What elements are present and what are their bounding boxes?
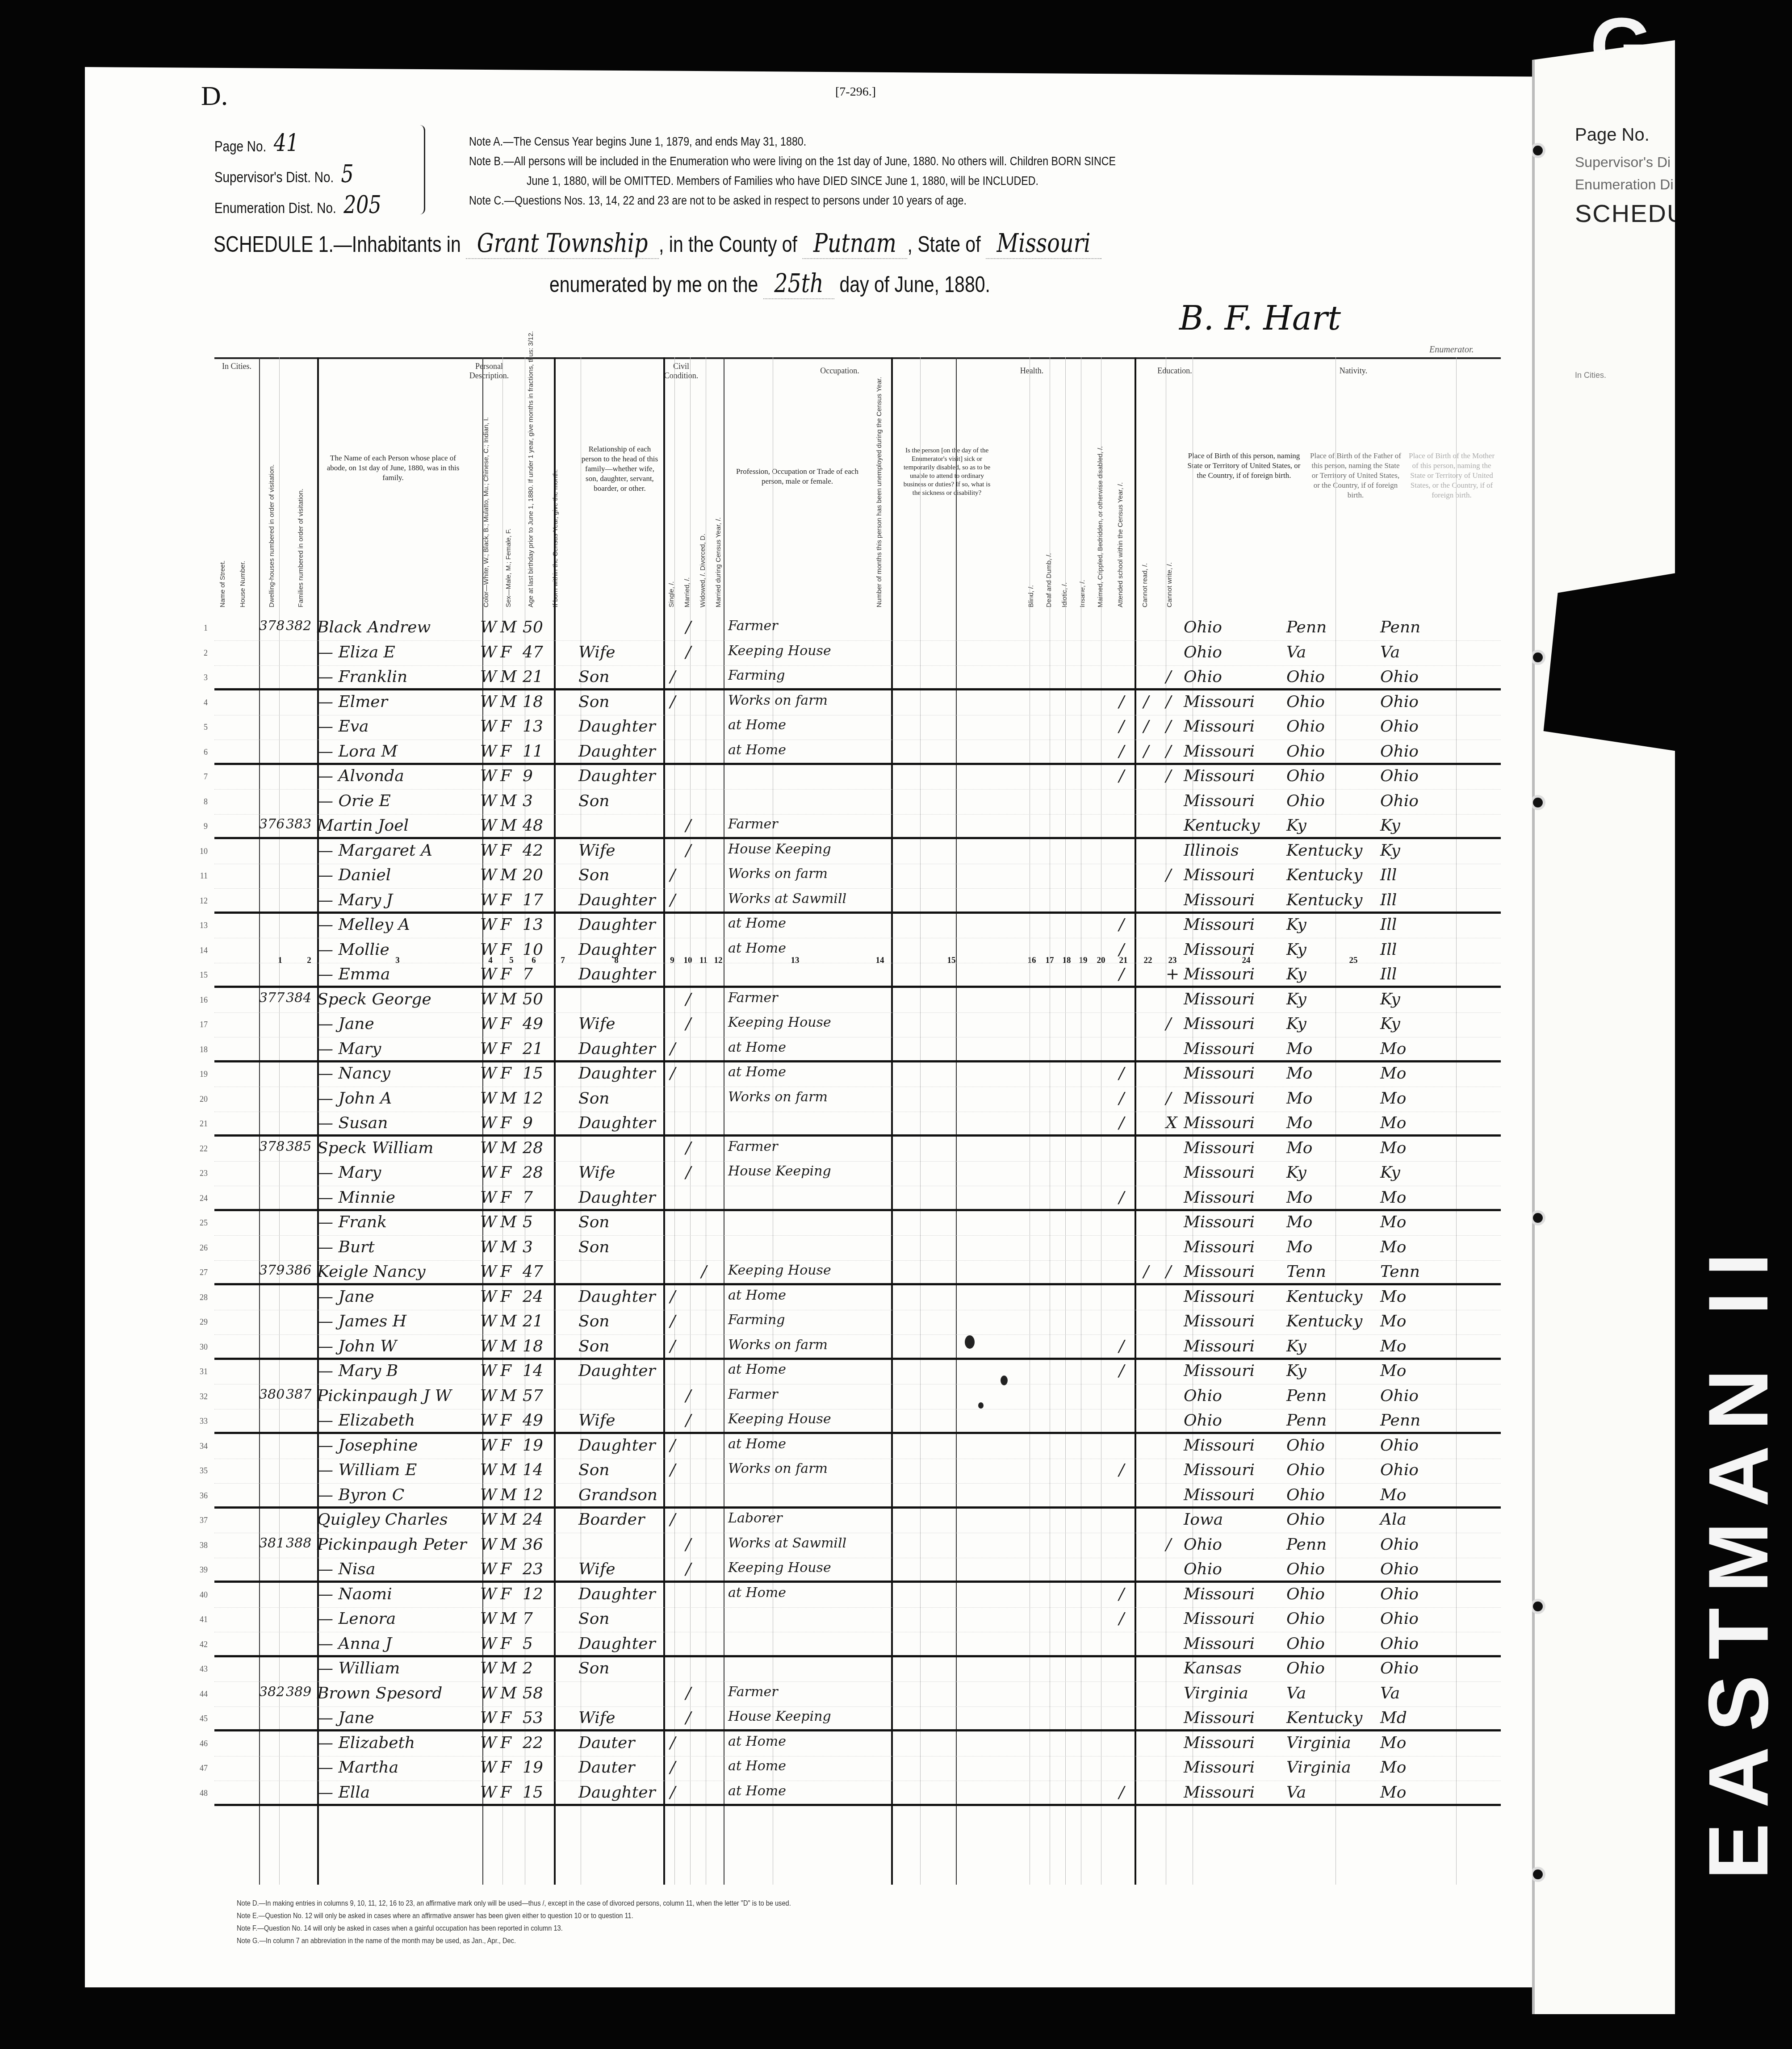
mother-birthplace-cell: Mo — [1380, 1288, 1407, 1306]
line-number: 2 — [190, 648, 208, 658]
school-mark: / — [1119, 965, 1124, 983]
sex-cell: M — [500, 1238, 517, 1256]
birthplace-cell: Missouri — [1184, 941, 1255, 959]
line-number: 47 — [190, 1764, 208, 1773]
sex-cell: M — [500, 1486, 517, 1504]
sex-cell: M — [500, 1535, 517, 1554]
relationship-cell: Daughter — [578, 891, 656, 909]
relationship-cell: Daughter — [578, 941, 656, 959]
color-cell: W — [480, 1238, 497, 1256]
person-name: Speck William — [317, 1139, 433, 1157]
line-number: 3 — [190, 673, 208, 682]
family-number: 385 — [286, 1139, 311, 1154]
mother-birthplace-cell: Ohio — [1380, 1560, 1419, 1578]
mother-birthplace-cell: Mo — [1380, 1758, 1407, 1777]
relationship-cell: Wife — [578, 1163, 615, 1182]
single-mark: / — [670, 1510, 675, 1529]
occupation-cell: House Keeping — [728, 1163, 831, 1179]
note-d: Note D.—In making entries in columns 9, … — [237, 1897, 1159, 1910]
mother-birthplace-cell: Mo — [1380, 1362, 1407, 1380]
cannot-write-mark: / — [1166, 693, 1171, 711]
sex-cell: F — [500, 767, 511, 785]
person-name: — Mary — [317, 1163, 381, 1182]
age-cell: 18 — [523, 1337, 543, 1355]
enumerator-label: Enumerator. — [1429, 345, 1474, 355]
township: Grant Township — [466, 228, 659, 259]
school-mark: / — [1119, 1337, 1124, 1355]
sex-cell: F — [500, 717, 511, 736]
microfilm-frame: G EASTMAN II Page No. Supervisor's Di En… — [0, 0, 1792, 2049]
age-cell: 21 — [523, 1040, 543, 1058]
table-row: 20— John AWM12SonWorks on farm//Missouri… — [214, 1087, 1501, 1112]
hdr-unemployed: Number of months this person has been un… — [875, 384, 883, 607]
father-birthplace-cell: Ohio — [1286, 1560, 1325, 1578]
father-birthplace-cell: Kentucky — [1286, 891, 1362, 909]
birthplace-cell: Missouri — [1184, 1734, 1255, 1752]
enumeration-date: enumerated by me on the 25th day of June… — [549, 268, 990, 298]
color-cell: W — [480, 841, 497, 860]
relationship-cell: Daughter — [578, 717, 656, 736]
birthplace-cell: Ohio — [1184, 1560, 1222, 1578]
color-cell: W — [480, 1610, 497, 1628]
birthplace-cell: Missouri — [1184, 1362, 1255, 1380]
line-number: 45 — [190, 1714, 208, 1723]
relationship-cell: Wife — [578, 1015, 615, 1033]
color-cell: W — [480, 1213, 497, 1231]
sex-cell: F — [500, 1114, 511, 1132]
sex-cell: M — [500, 866, 517, 884]
sex-cell: F — [500, 1188, 511, 1207]
person-name: Keigle Nancy — [317, 1263, 426, 1281]
table-row: 37Quigley CharlesWM24Boarder/LaborerIowa… — [214, 1509, 1501, 1533]
age-cell: 7 — [523, 965, 533, 983]
hdr-father-birthplace: Place of Birth of the Father of this per… — [1309, 451, 1403, 500]
color-cell: W — [480, 1659, 497, 1677]
birthplace-cell: Missouri — [1184, 1337, 1255, 1355]
person-name: — Burt — [317, 1238, 375, 1256]
person-name: — James H — [317, 1312, 406, 1330]
person-name: — Eliza E — [317, 643, 395, 661]
color-cell: W — [480, 1709, 497, 1727]
age-cell: 19 — [523, 1758, 543, 1777]
person-name: Pickinpaugh J W — [317, 1387, 452, 1405]
sex-cell: F — [500, 643, 511, 661]
birthplace-cell: Missouri — [1184, 1709, 1255, 1727]
father-birthplace-cell: Kentucky — [1286, 1312, 1362, 1330]
birthplace-cell: Missouri — [1184, 767, 1255, 785]
father-birthplace-cell: Ohio — [1286, 668, 1325, 686]
ink-blot — [1001, 1376, 1008, 1385]
table-row: 15— EmmaWF7Daughter/+MissouriKyIll — [214, 963, 1501, 988]
table-row: 25— FrankWM5SonMissouriMoMo — [214, 1211, 1501, 1236]
relationship-cell: Daughter — [578, 1436, 656, 1455]
birthplace-cell: Missouri — [1184, 1015, 1255, 1033]
table-row: 6— Lora MWF11Daughterat Home///MissouriO… — [214, 740, 1501, 765]
birthplace-cell: Missouri — [1184, 866, 1255, 884]
color-cell: W — [480, 767, 497, 785]
cannot-write-mark: / — [1166, 742, 1171, 761]
sex-cell: M — [500, 1387, 517, 1405]
sex-cell: F — [500, 841, 511, 860]
birthplace-cell: Kentucky — [1184, 816, 1260, 835]
father-birthplace-cell: Penn — [1286, 1535, 1327, 1554]
occupation-cell: Works on farm — [728, 1461, 828, 1476]
age-cell: 12 — [523, 1585, 543, 1603]
sex-cell: F — [500, 1163, 511, 1182]
color-cell: W — [480, 1635, 497, 1653]
cannot-read-mark: / — [1143, 1263, 1149, 1281]
mother-birthplace-cell: Mo — [1380, 1040, 1407, 1058]
color-cell: W — [480, 668, 497, 686]
header-notes: Note A.—The Census Year begins June 1, 1… — [469, 132, 1391, 210]
school-mark: / — [1119, 1114, 1124, 1132]
line-number: 15 — [190, 970, 208, 980]
table-row: 33— ElizabethWF49Wife/Keeping HouseOhioP… — [214, 1409, 1501, 1434]
dwelling-number: 380 — [259, 1387, 285, 1402]
married-mark: / — [686, 1163, 691, 1182]
hdr-name: The Name of each Person whose place of a… — [326, 453, 460, 483]
relationship-cell: Daughter — [578, 1288, 656, 1306]
relationship-cell: Son — [578, 1238, 610, 1256]
cannot-write-mark: / — [1166, 1015, 1171, 1033]
table-row: 11— DanielWM20Son/Works on farm/Missouri… — [214, 864, 1501, 889]
relationship-cell: Dauter — [578, 1758, 635, 1777]
sex-cell: F — [500, 1288, 511, 1306]
hdr-sex: Sex—Male, M.; Female, F. — [505, 384, 512, 607]
note-e: Note E.—Question No. 12 will only be ask… — [237, 1910, 1159, 1922]
birthplace-cell: Missouri — [1184, 1461, 1255, 1479]
line-number: 16 — [190, 995, 208, 1005]
person-name: Martin Joel — [317, 816, 409, 835]
sex-cell: F — [500, 1015, 511, 1033]
color-cell: W — [480, 1436, 497, 1455]
color-cell: W — [480, 1510, 497, 1529]
relationship-cell: Wife — [578, 841, 615, 860]
line-number: 34 — [190, 1442, 208, 1451]
birthplace-cell: Ohio — [1184, 1387, 1222, 1405]
relationship-cell: Daughter — [578, 1188, 656, 1207]
father-birthplace-cell: Ohio — [1286, 1585, 1325, 1603]
page-meta: Page No.41 Supervisor's Dist. No.5 Enume… — [214, 130, 381, 222]
line-number: 22 — [190, 1144, 208, 1154]
occupation-cell: Laborer — [728, 1510, 783, 1526]
birthplace-cell: Ohio — [1184, 668, 1222, 686]
sex-cell: M — [500, 792, 517, 810]
dwelling-number: 378 — [259, 1139, 285, 1154]
occupation-cell: Farmer — [728, 990, 778, 1006]
sex-cell: F — [500, 1734, 511, 1752]
mother-birthplace-cell: Ill — [1380, 891, 1397, 909]
line-number: 9 — [190, 822, 208, 831]
hdr-street: Name of Street. — [219, 460, 226, 607]
person-name: Speck George — [317, 990, 431, 1008]
sex-cell: M — [500, 1337, 517, 1355]
binder-ring-icon — [1530, 143, 1545, 158]
family-number: 383 — [286, 816, 311, 832]
dwelling-number: 382 — [259, 1684, 285, 1700]
table-row: 36— Byron CWM12GrandsonMissouriOhioMo — [214, 1484, 1501, 1509]
form-number: [7-296.] — [835, 85, 876, 99]
school-mark: / — [1119, 1461, 1124, 1479]
age-cell: 5 — [523, 1213, 533, 1231]
sex-cell: M — [500, 816, 517, 835]
father-birthplace-cell: Mo — [1286, 1064, 1313, 1083]
occupation-cell: Works on farm — [728, 1337, 828, 1353]
form-letter: D. — [201, 80, 228, 112]
group-education: Education. — [1130, 366, 1219, 376]
birthplace-cell: Missouri — [1184, 1263, 1255, 1281]
married-mark: / — [686, 1709, 691, 1727]
color-cell: W — [480, 1139, 497, 1157]
occupation-cell: at Home — [728, 1436, 786, 1452]
mother-birthplace-cell: Ohio — [1380, 1585, 1419, 1603]
person-name: — Nancy — [317, 1064, 390, 1083]
hdr-idiotic: Idiotic, /. — [1061, 518, 1068, 607]
table-row: 22378385Speck WilliamWM28/FarmerMissouri… — [214, 1137, 1501, 1162]
mother-birthplace-cell: Ohio — [1380, 1635, 1419, 1653]
sex-cell: F — [500, 1040, 511, 1058]
family-number: 389 — [286, 1684, 311, 1700]
person-name: — Mary — [317, 1040, 381, 1058]
person-name: — Josephine — [317, 1436, 418, 1455]
group-civil: Civil Condition. — [661, 362, 701, 381]
occupation-cell: at Home — [728, 717, 786, 733]
birthplace-cell: Missouri — [1184, 1188, 1255, 1207]
relationship-cell: Son — [578, 693, 610, 711]
birthplace-cell: Missouri — [1184, 990, 1255, 1008]
school-mark: / — [1119, 693, 1124, 711]
binder-ring-icon — [1530, 650, 1545, 665]
father-birthplace-cell: Ohio — [1286, 717, 1325, 736]
married-mark: / — [686, 618, 691, 636]
person-name: — John A — [317, 1089, 392, 1108]
mother-birthplace-cell: Ohio — [1380, 1610, 1419, 1628]
binder-ring-icon — [1530, 1867, 1545, 1882]
supervisor-district-field: Supervisor's Dist. No.5 — [214, 160, 381, 191]
age-cell: 21 — [523, 668, 543, 686]
person-name: — Jane — [317, 1288, 374, 1306]
occupation-cell: Farmer — [728, 618, 778, 634]
occupation-cell: Farmer — [728, 1684, 778, 1700]
cannot-write-mark: / — [1166, 668, 1171, 686]
single-mark: / — [670, 1734, 675, 1752]
birthplace-cell: Missouri — [1184, 916, 1255, 934]
family-number: 386 — [286, 1263, 311, 1278]
age-cell: 21 — [523, 1312, 543, 1330]
sex-cell: F — [500, 891, 511, 909]
line-number: 11 — [190, 871, 208, 881]
single-mark: / — [670, 1461, 675, 1479]
age-cell: 58 — [523, 1684, 543, 1702]
adjacent-page: Page No. Supervisor's Di Enumeration Di … — [1532, 40, 1675, 2014]
mother-birthplace-cell: Ohio — [1380, 693, 1419, 711]
line-number: 43 — [190, 1664, 208, 1674]
relationship-cell: Daughter — [578, 742, 656, 761]
sex-cell: F — [500, 1585, 511, 1603]
color-cell: W — [480, 1734, 497, 1752]
rp-in-cities: In Cities. — [1575, 371, 1606, 380]
sex-cell: M — [500, 1139, 517, 1157]
occupation-cell: at Home — [728, 1758, 786, 1774]
father-birthplace-cell: Kentucky — [1286, 866, 1362, 884]
note-b: Note B.—All persons will be included in … — [469, 151, 1391, 171]
relationship-cell: Daughter — [578, 1064, 656, 1083]
age-cell: 5 — [523, 1635, 533, 1653]
age-cell: 14 — [523, 1461, 543, 1479]
hdr-cannot-read: Cannot read, /. — [1141, 514, 1149, 607]
sex-cell: M — [500, 1089, 517, 1108]
dwelling-number: 377 — [259, 990, 285, 1006]
single-mark: / — [670, 1337, 675, 1355]
table-row: 41— LenoraWM7Son/MissouriOhioOhio — [214, 1608, 1501, 1632]
father-birthplace-cell: Mo — [1286, 1213, 1313, 1231]
father-birthplace-cell: Va — [1286, 643, 1306, 661]
birthplace-cell: Virginia — [1184, 1684, 1248, 1702]
color-cell: W — [480, 1684, 497, 1702]
age-cell: 49 — [523, 1411, 543, 1430]
hdr-color: Color—White, W.; Black, B.; Mulatto, Mu.… — [482, 384, 490, 607]
mother-birthplace-cell: Ill — [1380, 965, 1397, 983]
occupation-cell: at Home — [728, 1362, 786, 1377]
occupation-cell: at Home — [728, 1585, 786, 1601]
birthplace-cell: Illinois — [1184, 841, 1239, 860]
hdr-married-year: Married during Census Year, /. — [715, 456, 722, 607]
person-name: — Mollie — [317, 941, 389, 959]
line-number: 41 — [190, 1615, 208, 1624]
age-cell: 28 — [523, 1163, 543, 1182]
sex-cell: M — [500, 1461, 517, 1479]
birthplace-cell: Missouri — [1184, 1758, 1255, 1777]
line-number: 26 — [190, 1243, 208, 1253]
age-cell: 14 — [523, 1362, 543, 1380]
color-cell: W — [480, 941, 497, 959]
mother-birthplace-cell: Mo — [1380, 1312, 1407, 1330]
color-cell: W — [480, 1411, 497, 1430]
birthplace-cell: Missouri — [1184, 891, 1255, 909]
rp-supervisor: Supervisor's Di — [1575, 154, 1671, 171]
age-cell: 22 — [523, 1734, 543, 1752]
line-number: 5 — [190, 723, 208, 732]
cannot-read-mark: / — [1143, 742, 1149, 761]
father-birthplace-cell: Ky — [1286, 816, 1306, 835]
occupation-cell: at Home — [728, 1288, 786, 1303]
mother-birthplace-cell: Ohio — [1380, 717, 1419, 736]
father-birthplace-cell: Ohio — [1286, 1635, 1325, 1653]
table-row: 18— MaryWF21Daughter/at HomeMissouriMoMo — [214, 1038, 1501, 1062]
birthplace-cell: Missouri — [1184, 1213, 1255, 1231]
table-row: 29— James HWM21Son/FarmingMissouriKentuc… — [214, 1310, 1501, 1335]
single-mark: / — [670, 1436, 675, 1455]
married-mark: / — [686, 1684, 691, 1702]
page-number: 41 — [274, 129, 299, 157]
age-cell: 48 — [523, 816, 543, 835]
line-number: 20 — [190, 1095, 208, 1104]
mother-birthplace-cell: Ohio — [1380, 742, 1419, 761]
color-cell: W — [480, 816, 497, 835]
father-birthplace-cell: Ky — [1286, 916, 1306, 934]
color-cell: W — [480, 1263, 497, 1281]
married-mark: / — [686, 643, 691, 661]
person-name: — Martha — [317, 1758, 398, 1777]
line-number: 42 — [190, 1640, 208, 1649]
age-cell: 10 — [523, 941, 543, 959]
table-row: 24— MinnieWF7Daughter/MissouriMoMo — [214, 1187, 1501, 1211]
father-birthplace-cell: Ohio — [1286, 1610, 1325, 1628]
table-row: 27379386Keigle NancyWF47/Keeping House//… — [214, 1261, 1501, 1285]
cannot-read-mark: / — [1143, 717, 1149, 736]
table-row: 26— BurtWM3SonMissouriMoMo — [214, 1236, 1501, 1261]
married-mark: / — [686, 1387, 691, 1405]
hdr-sickness: Is the person [on the day of the Enumera… — [902, 447, 992, 498]
birthplace-cell: Missouri — [1184, 717, 1255, 736]
age-cell: 7 — [523, 1610, 533, 1628]
rp-enumeration: Enumeration Di — [1575, 176, 1674, 193]
hdr-dwelling: Dwelling-houses numbered in order of vis… — [268, 393, 276, 607]
sex-cell: F — [500, 965, 511, 983]
enumerator-signature: B. F. Hart — [1179, 299, 1341, 338]
table-row: 5— EvaWF13Daughterat Home///MissouriOhio… — [214, 715, 1501, 740]
mother-birthplace-cell: Va — [1380, 1684, 1400, 1702]
father-birthplace-cell: Mo — [1286, 1114, 1313, 1132]
relationship-cell: Son — [578, 1461, 610, 1479]
relationship-cell: Dauter — [578, 1734, 635, 1752]
table-row: 9376383Martin JoelWM48/FarmerKentuckyKyK… — [214, 815, 1501, 839]
line-number: 24 — [190, 1194, 208, 1203]
line-number: 8 — [190, 797, 208, 807]
father-birthplace-cell: Mo — [1286, 1089, 1313, 1108]
film-marker: EASTMAN II — [1694, 1090, 1783, 2028]
table-row: 4— ElmerWM18Son/Works on farm///Missouri… — [214, 691, 1501, 715]
color-cell: W — [480, 866, 497, 884]
age-cell: 50 — [523, 990, 543, 1008]
age-cell: 13 — [523, 916, 543, 934]
father-birthplace-cell: Mo — [1286, 1188, 1313, 1207]
table-row: 17— JaneWF49Wife/Keeping House/MissouriK… — [214, 1013, 1501, 1037]
school-mark: / — [1119, 742, 1124, 761]
line-number: 13 — [190, 921, 208, 930]
sex-cell: F — [500, 916, 511, 934]
color-cell: W — [480, 643, 497, 661]
mother-birthplace-cell: Mo — [1380, 1734, 1407, 1752]
color-cell: W — [480, 618, 497, 636]
enumeration-district-field: Enumeration Dist. No.205 — [214, 191, 381, 222]
relationship-cell: Son — [578, 1312, 610, 1330]
hdr-cannot-write: Cannot write, /. — [1166, 514, 1173, 607]
color-cell: W — [480, 1040, 497, 1058]
birthplace-cell: Missouri — [1184, 1288, 1255, 1306]
person-name: — Orie E — [317, 792, 391, 810]
birthplace-cell: Missouri — [1184, 693, 1255, 711]
line-number: 27 — [190, 1268, 208, 1277]
occupation-cell: Keeping House — [728, 1560, 831, 1576]
line-number: 48 — [190, 1789, 208, 1798]
birthplace-cell: Missouri — [1184, 1610, 1255, 1628]
school-mark: / — [1119, 1188, 1124, 1207]
age-cell: 23 — [523, 1560, 543, 1578]
line-number: 18 — [190, 1045, 208, 1054]
age-cell: 15 — [523, 1064, 543, 1083]
footer-notes: Note D.—In making entries in columns 9, … — [237, 1897, 1159, 1947]
mother-birthplace-cell: Ill — [1380, 916, 1397, 934]
age-cell: 2 — [523, 1659, 533, 1677]
birthplace-cell: Missouri — [1184, 1238, 1255, 1256]
county: Putnam — [802, 228, 907, 259]
occupation-cell: Works on farm — [728, 693, 828, 708]
table-row: 34— JosephineWF19Daughter/at HomeMissour… — [214, 1434, 1501, 1459]
table-row: 16377384Speck GeorgeWM50/FarmerMissouriK… — [214, 988, 1501, 1013]
school-mark: / — [1119, 767, 1124, 785]
color-cell: W — [480, 1312, 497, 1330]
